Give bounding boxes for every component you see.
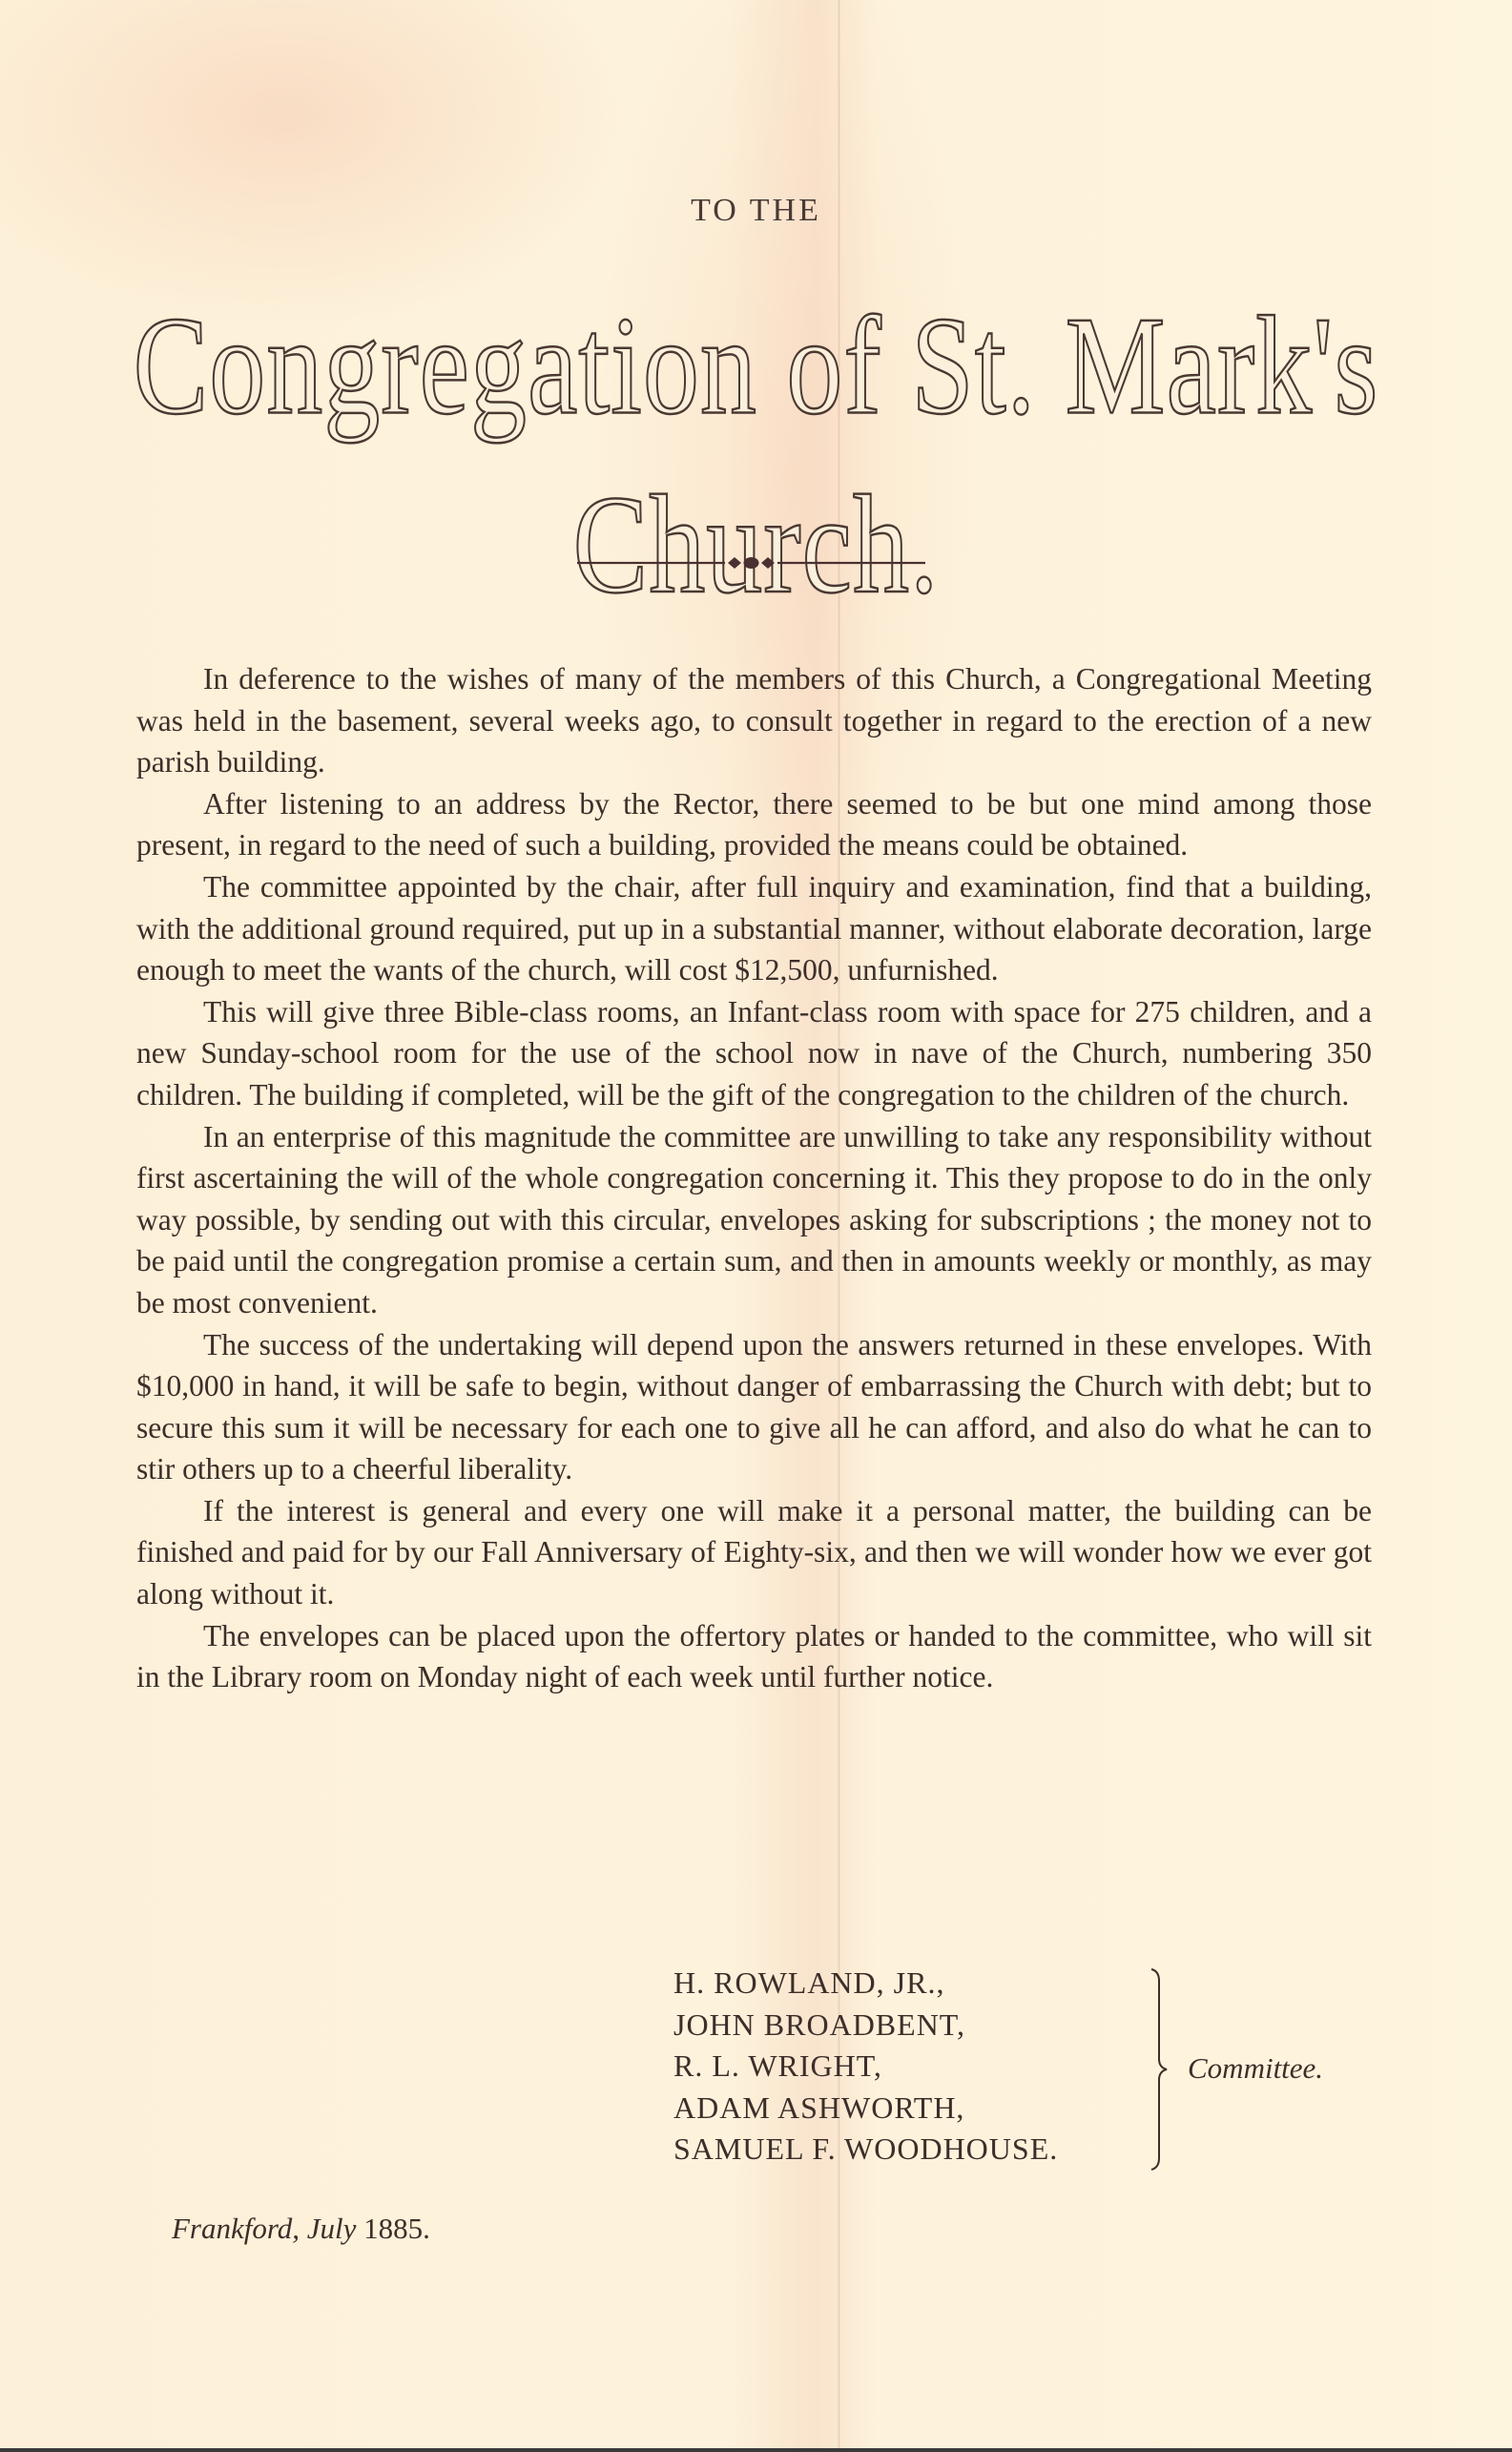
- right-brace-icon: [1150, 1967, 1170, 2171]
- letter-body: In deference to the wishes of many of th…: [136, 658, 1372, 1698]
- heading-to-the: TO THE: [0, 193, 1512, 229]
- divider-ornament-icon: [577, 556, 925, 570]
- paragraph-7: If the interest is general and every one…: [136, 1490, 1372, 1615]
- paragraph-6: The success of the undertaking will depe…: [136, 1324, 1372, 1490]
- committee-label: Committee.: [1188, 2051, 1323, 2086]
- paragraph-3: The committee appointed by the chair, af…: [136, 866, 1372, 991]
- year: 1885.: [363, 2212, 430, 2245]
- paragraph-4: This will give three Bible-class rooms, …: [136, 991, 1372, 1116]
- signatory-name: ADAM ASHWORTH,: [673, 2088, 1058, 2130]
- paragraph-8: The envelopes can be placed upon the off…: [136, 1615, 1372, 1698]
- signatory-name: R. L. WRIGHT,: [673, 2046, 1058, 2088]
- paragraph-5: In an enterprise of this magnitude the c…: [136, 1116, 1372, 1324]
- place-and-month: Frankford, July: [172, 2212, 356, 2245]
- signatory-name: SAMUEL F. WOODHOUSE.: [673, 2129, 1058, 2171]
- paragraph-2: After listening to an address by the Rec…: [136, 783, 1372, 866]
- paragraph-1: In deference to the wishes of many of th…: [136, 658, 1372, 783]
- place-date-line: Frankford, July 1885.: [172, 2212, 430, 2246]
- signatory-name: H. ROWLAND, JR.,: [673, 1963, 1058, 2005]
- signatory-name: JOHN BROADBENT,: [673, 2005, 1058, 2047]
- signatories-list: H. ROWLAND, JR., JOHN BROADBENT, R. L. W…: [673, 1963, 1058, 2171]
- document-title: Congregation of St. Mark's Church.: [0, 277, 1512, 634]
